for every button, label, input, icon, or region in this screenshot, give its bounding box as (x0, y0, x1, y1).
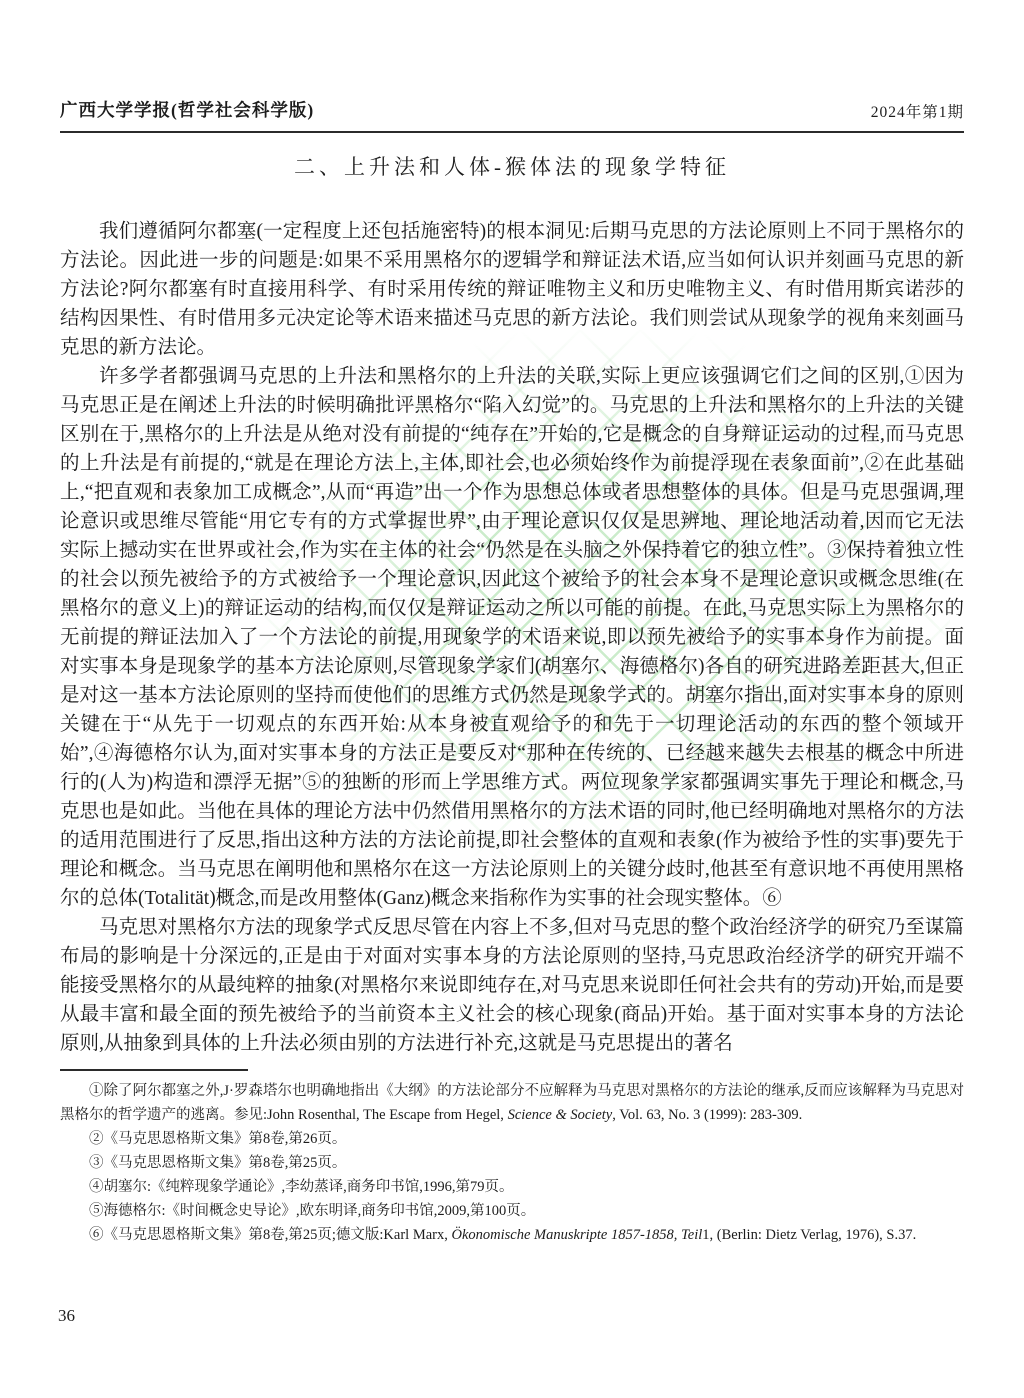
footnote-6-pages: 1, (Berlin: Dietz Verlag, 1976), S.37. (702, 1227, 916, 1243)
footnote-5: ⑤海德格尔:《时间概念史导论》,欧东明译,商务印书馆,2009,第100页。 (60, 1199, 964, 1223)
body-paragraph-3: 马克思对黑格尔方法的现象学式反思尽管在内容上不多,但对马克思的整个政治经济学的研… (60, 913, 964, 1058)
footnote-3: ③《马克思恩格斯文集》第8卷,第25页。 (60, 1151, 964, 1175)
footnote-2: ②《马克思恩格斯文集》第8卷,第26页。 (60, 1127, 964, 1151)
footnote-separator (60, 1069, 248, 1071)
footnote-1-journal-title: Science & Society (508, 1107, 613, 1123)
body-paragraph-1: 我们遵循阿尔都塞(一定程度上还包括施密特)的根本洞见:后期马克思的方法论原则上不… (60, 217, 964, 362)
running-header: 广西大学学报(哲学社会科学版) 2024年第1期 (60, 0, 964, 133)
footnote-4: ④胡塞尔:《纯粹现象学通论》,李幼蒸译,商务印书馆,1996,第79页。 (60, 1175, 964, 1199)
journal-page: 广西大学学报(哲学社会科学版) 2024年第1期 二、上升法和人体-猴体法的现象… (0, 0, 1024, 1398)
footnote-1: ①除了阿尔都塞之外,J·罗森塔尔也明确地指出《大纲》的方法论部分不应解释为马克思… (60, 1079, 964, 1127)
page-number: 36 (58, 1306, 75, 1326)
article-body: 我们遵循阿尔都塞(一定程度上还包括施密特)的根本洞见:后期马克思的方法论原则上不… (60, 217, 964, 1058)
issue-label: 2024年第1期 (871, 100, 964, 122)
section-title: 二、上升法和人体-猴体法的现象学特征 (60, 151, 964, 181)
page-content: 广西大学学报(哲学社会科学版) 2024年第1期 二、上升法和人体-猴体法的现象… (0, 0, 1024, 1247)
footnote-6-text: ⑥《马克思恩格斯文集》第8卷,第25页;德文版:Karl Marx, (89, 1227, 451, 1243)
journal-title: 广西大学学报(哲学社会科学版) (60, 97, 314, 122)
footnote-1-pages: , Vol. 63, No. 3 (1999): 283-309. (612, 1107, 802, 1123)
footnote-section: ①除了阿尔都塞之外,J·罗森塔尔也明确地指出《大纲》的方法论部分不应解释为马克思… (60, 1069, 964, 1247)
footnote-6: ⑥《马克思恩格斯文集》第8卷,第25页;德文版:Karl Marx, Ökono… (60, 1223, 964, 1247)
body-paragraph-2: 许多学者都强调马克思的上升法和黑格尔的上升法的关联,实际上更应该强调它们之间的区… (60, 362, 964, 913)
footnote-6-book-title: Ökonomische Manuskripte 1857-1858, Teil (451, 1227, 702, 1243)
